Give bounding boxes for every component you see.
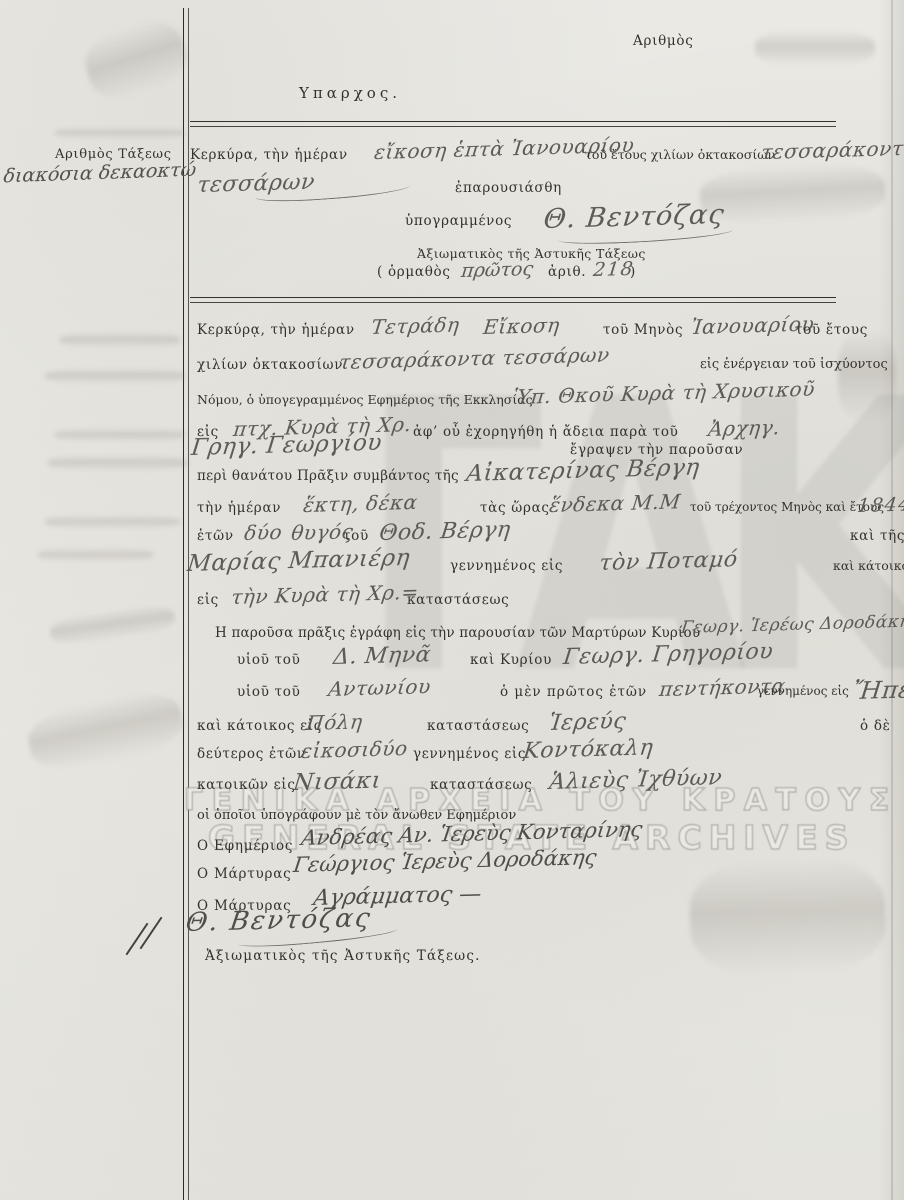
handwritten-text: Δ. Μηνᾶ xyxy=(332,642,432,670)
printed-text: τὴν ἡμέραν xyxy=(197,500,281,516)
handwritten-text: Κοντόκαλη xyxy=(522,735,655,764)
printed-text: καὶ Κυρίου xyxy=(470,652,552,668)
printed-text: ( ὁρμαθὸς xyxy=(377,264,451,280)
registration-line: ὑπογραμμένοςΘ. Βεντόζας xyxy=(0,213,904,243)
printed-text: Νόμου, ὁ ὑπογεγραμμένος Εφημέριος τῆς Εκ… xyxy=(197,392,533,407)
printed-text: τὰς ὥρας xyxy=(480,500,550,516)
printed-text: γεννημένος εἰς xyxy=(757,684,849,698)
printed-text: δεύτερος ἐτῶν xyxy=(197,746,306,762)
printed-text: ὁ μὲν πρῶτος ἐτῶν xyxy=(500,684,647,700)
handwritten-text: Εἴκοση xyxy=(482,313,561,339)
printed-text: ὁ δὲ xyxy=(860,718,891,734)
registration-line: τεσσάρωνἐπαρουσιάσθη xyxy=(0,180,904,210)
bleedthrough-smudge xyxy=(55,127,185,139)
act-line: κατοικῶν εἰςΝισάκικαταστάσεωςἉλιεὺς Ἰχθύ… xyxy=(0,777,904,807)
handwritten-text: εἰκοσιδύο xyxy=(300,736,409,763)
printed-text: κατοικῶν εἰς xyxy=(197,777,296,793)
handwritten-text: Θοδ. Βέργη xyxy=(378,517,512,546)
officer-signature: Θ. Βεντόζας xyxy=(184,903,374,938)
handwritten-text: 218 xyxy=(592,258,635,281)
printed-text: καταστάσεως xyxy=(430,777,532,793)
handwritten-text: Αἰκατερίνας Βέργη xyxy=(465,455,701,487)
handwritten-text: πρῶτος xyxy=(460,258,534,282)
printed-text: Η παροῦσα πρᾶξις ἐγράφη εἰς τὴν παρουσία… xyxy=(215,625,700,641)
handwritten-text: Γεωργ. Γρηγορίου xyxy=(562,639,775,670)
printed-text: τοῦ ἔτους xyxy=(795,322,868,338)
handwritten-text: τεσσαράκοντα xyxy=(760,136,904,164)
registration-line: Κερκύρα, τὴν ἡμέρανεἴκοση ἑπτὰ Ἰανουαρίο… xyxy=(0,147,904,177)
printed-text: ἀριθ. xyxy=(548,264,586,280)
horizontal-rule-middle xyxy=(190,297,836,303)
printed-text: καὶ κάτοικος εἰς xyxy=(197,718,322,734)
office-heading: Υπαρχος. xyxy=(299,84,401,102)
printed-text: καὶ κάτοικος xyxy=(833,558,904,573)
printed-text: ὑπογραμμένος xyxy=(405,213,512,229)
handwritten-text: δύο xyxy=(243,520,284,545)
printed-text: χιλίων ὀκτακοσίων xyxy=(197,357,343,373)
handwritten-text: Αντωνίου xyxy=(327,674,432,701)
printed-text: καταστάσεως xyxy=(407,592,509,608)
act-line: ἐτῶνδύοθυγόςτοῦΘοδ. Βέργηκαὶ τῆς xyxy=(0,528,904,558)
printed-text: ἐτῶν xyxy=(197,528,234,544)
priest-label: Ο Εφημέριος xyxy=(197,838,293,854)
handwritten-text: 1844 xyxy=(856,493,904,517)
registration-line: ( ὁρμαθὸςπρῶτοςἀριθ.218) xyxy=(0,264,904,294)
act-line: δεύτερος ἐτῶνεἰκοσιδύογεννημένος εἰςΚοντ… xyxy=(0,746,904,776)
printed-text: γεννημένος εἰς xyxy=(450,558,563,574)
document-page: ΓΑΚ ΓΕΝΙΚΑ ΑΡΧΕΙΑ ΤΟΥ ΚΡΑΤΟΥΣ GENERAL ST… xyxy=(0,0,904,1200)
printed-text: εἰς ἐνέργειαν τοῦ ἰσχύοντος xyxy=(700,357,888,372)
printed-text: υἱοῦ τοῦ xyxy=(237,652,301,668)
act-line: καὶ κάτοικος εἰςΠόληκαταστάσεωςἹερεύςὁ δ… xyxy=(0,718,904,748)
handwritten-text: τὸν Ποταμό xyxy=(598,547,739,576)
printed-text: τοῦ τρέχοντος Μηνὸς καὶ ἔτους xyxy=(690,500,884,514)
printed-text: εἰς xyxy=(197,592,219,608)
printed-text: καταστάσεως xyxy=(427,718,529,734)
printed-text: γεννημένος εἰς xyxy=(413,746,526,762)
handwritten-text: Πόλη xyxy=(305,709,364,735)
printed-text: τοῦ Μηνὸς xyxy=(603,322,683,338)
witness-1-label: Ο Μάρτυρας xyxy=(197,866,292,882)
bleedthrough-smudge xyxy=(78,12,194,108)
officer-title: Ἀξιωματικὸς τῆς Ἀστυκῆς Τάξεως. xyxy=(205,948,481,964)
printed-text: περὶ θανάτου Πρᾶξιν συμβάντος τῆς xyxy=(197,468,459,484)
number-label: Αριθμὸς xyxy=(633,33,693,49)
handwritten-text: Γρηγ. Γεωργίου xyxy=(190,430,383,461)
handwritten-text: Ἤπειρο xyxy=(852,674,904,705)
handwritten-text: τὴν Κυρὰ τὴ Χρ.= xyxy=(230,580,420,609)
act-line: υἱοῦ τοῦΑντωνίουὁ μὲν πρῶτος ἐτῶνπεντήκο… xyxy=(0,684,904,714)
handwritten-text: Τετράδη xyxy=(370,313,461,339)
bleedthrough-smudge xyxy=(755,30,875,66)
handwritten-text: ἕνδεκα Μ.Μ xyxy=(548,489,682,517)
printed-text: Κερκύρα, τὴν ἡμέραν xyxy=(190,147,348,163)
printed-text: τοῦ ἔτους χιλίων ὀκτακοσίων xyxy=(585,147,775,162)
handwritten-text: Μαρίας Μπανιέρη xyxy=(186,545,411,577)
margin-check-mark xyxy=(140,917,163,950)
handwritten-text: Νισάκι xyxy=(292,768,383,796)
handwritten-text: Ἁλιεὺς Ἰχθύων xyxy=(548,765,724,795)
act-line: περὶ θανάτου Πρᾶξιν συμβάντος τῆςΑἰκατερ… xyxy=(0,468,904,498)
bleedthrough-smudge xyxy=(688,855,887,980)
handwritten-text: Ἀρχηγ. xyxy=(707,415,782,441)
printed-text: τοῦ xyxy=(343,528,369,544)
printed-text: υἱοῦ τοῦ xyxy=(237,684,301,700)
handwritten-text: Ἱερεύς xyxy=(548,709,628,736)
printed-text: ἐπαρουσιάσθη xyxy=(455,180,562,196)
printed-text: ) xyxy=(630,264,636,280)
printed-text: ἀφ’ οὗ ἐχορηγήθη ἡ ἄδεια παρὰ τοῦ xyxy=(413,424,679,440)
act-line: Μαρίας Μπανιέρηγεννημένος εἰςτὸν Ποταμόκ… xyxy=(0,558,904,588)
handwritten-text: ἕκτη, δέκα xyxy=(302,490,419,517)
printed-text: Κερκύρᾳ, τὴν ἡμέραν xyxy=(197,322,355,338)
printed-text: καὶ τῆς xyxy=(850,528,904,544)
horizontal-rule-top xyxy=(190,121,836,127)
